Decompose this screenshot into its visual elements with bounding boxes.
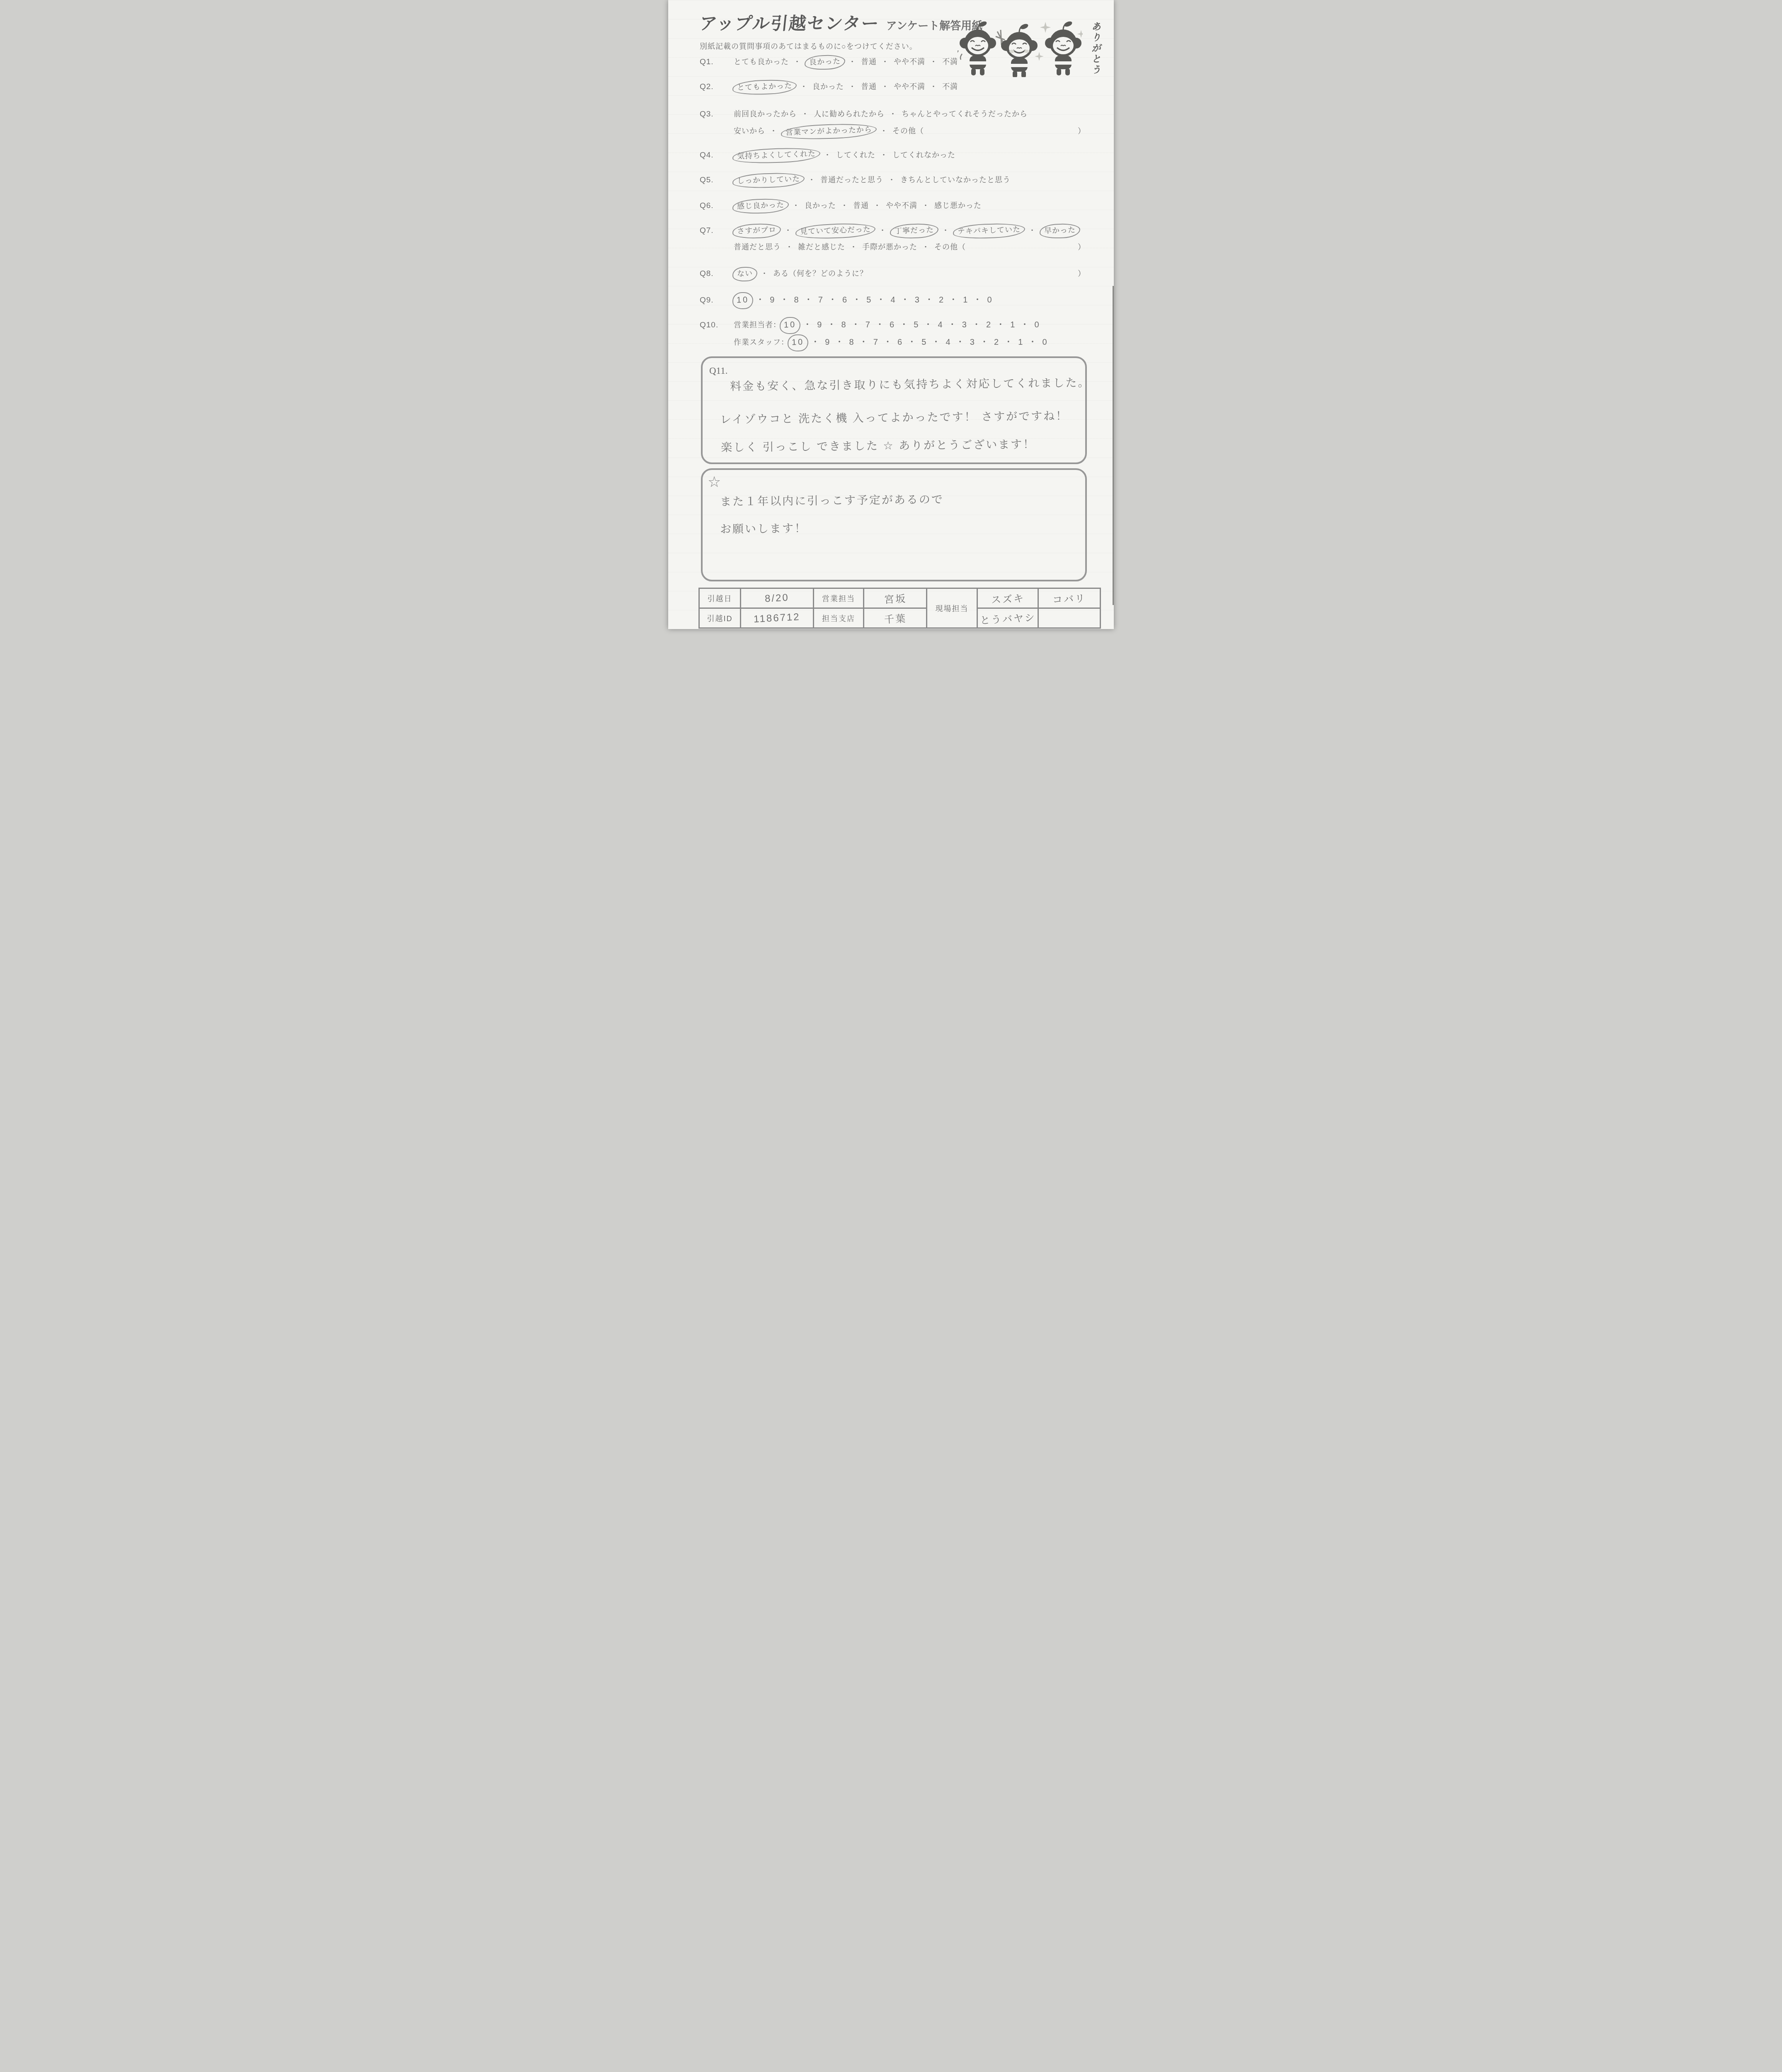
q4-label: Q4. [700, 150, 734, 160]
moveday-value-cell: 8/20 [741, 588, 814, 608]
separator-dot: ・ [942, 226, 950, 235]
q8-close-paren: ） [1078, 269, 1086, 278]
question-q2: Q2.とてもよかった・良かった・普通・やや不満・不満 [700, 82, 1097, 92]
q2-label: Q2. [700, 82, 734, 92]
q9-scale-numbers: ・ 9 ・ 8 ・ 7 ・ 6 ・ 5 ・ 4 ・ 3 ・ 2 ・ 1 ・ 0 [752, 295, 993, 305]
separator-dot: ・ [808, 176, 816, 184]
q3-option-1: 前回良かったから [734, 110, 797, 118]
separator-dot: ・ [880, 127, 888, 135]
q6-option-1-circled: 感じ良かった [732, 198, 789, 214]
question-q4: Q4.気持ちよくしてくれた・してくれた・してくれなかった [700, 150, 1097, 161]
question-q8: Q8.ない・ある（何を？どのように？） [700, 269, 1097, 279]
q4-option-2: してくれた [836, 151, 875, 159]
separator-dot: ・ [849, 82, 856, 91]
question-q7-line1: Q7.さすがプロ・見ていて安心だった・丁寧だった・テキパキしていた・早かった [700, 226, 1097, 236]
q3-close-paren: ） [1078, 126, 1086, 136]
separator-dot: ・ [881, 82, 889, 91]
q1-option-5: 不満 [942, 58, 958, 66]
question-q10-sales-row: Q10.営業担当者：10 ・ 9 ・ 8 ・ 7 ・ 6 ・ 5 ・ 4 ・ 3… [700, 319, 1097, 332]
question-q10-staff-row: 作業スタッフ：10 ・ 9 ・ 8 ・ 7 ・ 6 ・ 5 ・ 4 ・ 3 ・ … [700, 336, 1097, 349]
site-crew-value-cell-2: コバリ [1038, 588, 1101, 608]
q7-label: Q7. [700, 226, 734, 236]
q3-label: Q3. [700, 109, 734, 119]
site-crew-handwritten-value-1: スズキ [991, 590, 1025, 606]
separator-dot: ・ [850, 243, 858, 251]
separator-dot: ・ [930, 82, 938, 91]
moveday-label-cell: 引越日 [699, 588, 741, 608]
q10-sales-score-10-circled: 10 [779, 317, 801, 334]
q10-label: Q10. [700, 320, 734, 330]
separator-dot: ・ [879, 226, 887, 235]
q3-option-4: 安いから [734, 127, 765, 135]
q7-option-7: 雑だと感じた [798, 243, 845, 251]
separator-dot: ・ [792, 201, 800, 210]
note-handwritten-line-2: お願いします！ [720, 519, 807, 536]
move-info-table: 引越日 8/20 営業担当 宮坂 現場担当 スズキ コバリ 引越ID 11867… [698, 588, 1101, 629]
q3-option-5-circled: 営業マンがよかったから [781, 123, 877, 140]
branch-label-cell: 担当支店 [814, 608, 864, 628]
q4-option-3: してくれなかった [892, 151, 955, 159]
q6-option-3: 普通 [853, 201, 869, 210]
table-row-2: 引越ID 1186712 担当支店 千葉 とうバヤシ [699, 608, 1101, 628]
q6-option-5: 感じ悪かった [934, 201, 982, 210]
separator-dot: ・ [1028, 226, 1036, 235]
q11-handwritten-line-2: レイゾウコと 洗たく機 入ってよかったです！ さすがですね！ [720, 407, 1069, 427]
separator-dot: ・ [770, 127, 778, 135]
q9-score-10-circled: 10 [732, 292, 754, 310]
q7-option-4-circled: テキパキしていた [953, 223, 1025, 240]
q11-handwritten-line-3: 楽しく 引っこし できました ☆ ありがとうございます！ [721, 435, 1036, 455]
thanks-vertical-caption: ありがとう [1089, 22, 1103, 75]
q7-option-2-circled: 見ていて安心だった [795, 223, 875, 240]
move-id-handwritten-value: 1186712 [754, 611, 801, 625]
separator-dot: ・ [881, 58, 889, 66]
question-q9: Q9.10 ・ 9 ・ 8 ・ 7 ・ 6 ・ 5 ・ 4 ・ 3 ・ 2 ・ … [700, 294, 1097, 307]
site-crew-handwritten-value-3: とうバヤシ [979, 609, 1036, 627]
sales-rep-value-cell: 宮坂 [864, 588, 927, 608]
q3-option-2: 人に勧められたから [814, 110, 885, 118]
question-q5: Q5.しっかりしていた・普通だったと思う・きちんとしていなかったと思う [700, 175, 1097, 186]
q9-label: Q9. [700, 295, 734, 305]
site-crew-label-cell: 現場担当 [927, 588, 977, 628]
q5-label: Q5. [700, 175, 734, 185]
separator-dot: ・ [841, 201, 849, 210]
table-row-1: 引越日 8/20 営業担当 宮坂 現場担当 スズキ コバリ [699, 588, 1101, 608]
q7-option-5-circled: 早かった [1039, 223, 1080, 239]
q3-option-6-other: その他（ [892, 127, 924, 135]
site-crew-value-cell-4 [1038, 608, 1101, 628]
q7-option-6: 普通だと思う [734, 243, 781, 251]
q7-option-3-circled: 丁寧だった [890, 223, 938, 239]
branch-handwritten-value: 千葉 [884, 610, 907, 626]
scan-edge-artifact [1113, 286, 1114, 605]
followup-note-box: ☆ また１年以内に引っこす予定があるので お願いします！ [701, 468, 1087, 581]
separator-dot: ・ [922, 201, 930, 210]
separator-dot: ・ [824, 151, 832, 159]
note-handwritten-line-1: また１年以内に引っこす予定があるので [720, 490, 944, 509]
question-q3-line2: 安いから・営業マンがよかったから・その他（） [700, 126, 1097, 137]
site-crew-value-cell-3: とうバヤシ [977, 608, 1038, 628]
q2-option-1-circled: とてもよかった [732, 79, 797, 95]
q8-option-1-circled: ない [732, 266, 757, 282]
site-crew-handwritten-value-2: コバリ [1052, 590, 1086, 606]
form-header: アップル引越センターアンケート解答用紙 別紙記載の質問事項のあてはまるものに○を… [700, 10, 982, 51]
q10-staff-scale-numbers: ・ 9 ・ 8 ・ 7 ・ 6 ・ 5 ・ 4 ・ 3 ・ 2 ・ 1 ・ 0 [807, 338, 1048, 347]
q7-option-1-circled: さすがプロ [732, 223, 781, 239]
q10-staff-label: 作業スタッフ [734, 338, 781, 346]
q5-option-2: 普通だったと思う [820, 176, 883, 184]
separator-dot: ・ [930, 58, 938, 66]
q2-option-3: 普通 [861, 82, 877, 91]
q5-option-1-circled: しっかりしていた [732, 172, 805, 189]
separator-dot: ・ [880, 151, 888, 159]
q11-comment-box: Q11. 料金も安く、急な引き取りにも気持ちよく対応してくれました。 レイゾウコ… [701, 356, 1087, 464]
q5-option-3: きちんとしていなかったと思う [900, 176, 1011, 184]
sales-rep-handwritten-value: 宮坂 [884, 591, 907, 606]
q3-option-3: ちゃんとやってくれそうだったから [902, 110, 1028, 118]
q7-option-9-other: その他（ [934, 243, 966, 251]
q10-staff-score-10-circled: 10 [787, 334, 809, 352]
question-q7-line2: 普通だと思う・雑だと感じた・手際が悪かった・その他（） [700, 242, 1097, 252]
question-q3-line1: Q3.前回良かったから・人に勧められたから・ちゃんとやってくれそうだったから [700, 109, 1097, 119]
q1-label: Q1. [700, 57, 734, 67]
q11-label: Q11. [709, 366, 728, 376]
separator-dot: ・ [793, 58, 801, 66]
q1-option-4: やや不満 [894, 58, 925, 66]
survey-answer-sheet: アップル引越センターアンケート解答用紙 別紙記載の質問事項のあてはまるものに○を… [668, 0, 1114, 629]
separator-dot: ・ [761, 269, 769, 278]
separator-dot: ・ [786, 243, 793, 251]
separator-dot: ・ [922, 243, 930, 251]
star-marker: ☆ [708, 473, 721, 491]
q6-label: Q6. [700, 201, 734, 211]
q7-close-paren: ） [1078, 242, 1086, 252]
mascot-monkeys: ありがとう [958, 18, 1103, 77]
q4-option-1-circled: 気持ちよくしてくれた [732, 147, 820, 164]
site-crew-value-cell-1: スズキ [977, 588, 1038, 608]
separator-dot: ・ [801, 110, 809, 118]
monkey-mascots-illustration [958, 18, 1083, 77]
branch-value-cell: 千葉 [864, 608, 927, 628]
moveday-handwritten-value: 8/20 [764, 592, 789, 605]
separator-dot: ・ [800, 82, 808, 91]
q2-option-5: 不満 [942, 82, 958, 91]
question-q1: Q1.とても良かった・良かった・普通・やや不満・不満 [700, 57, 1097, 68]
sales-rep-label-cell: 営業担当 [814, 588, 864, 608]
separator-dot: ・ [784, 226, 792, 235]
form-instruction: 別紙記載の質問事項のあてはまるものに○をつけてください。 [700, 41, 982, 51]
separator-dot: ・ [849, 58, 856, 66]
q1-option-2-circled: 良かった [804, 54, 845, 70]
separator-dot: ・ [889, 110, 897, 118]
q7-option-8: 手際が悪かった [862, 243, 917, 251]
q2-option-4: やや不満 [894, 82, 925, 91]
q6-option-2: 良かった [805, 201, 836, 210]
move-id-label-cell: 引越ID [699, 608, 741, 628]
q1-option-3: 普通 [861, 58, 877, 66]
q10-sales-label: 営業担当者 [734, 321, 773, 329]
separator-dot: ・ [873, 201, 881, 210]
q6-option-4: やや不満 [886, 201, 917, 210]
q8-label: Q8. [700, 269, 734, 279]
q1-option-1: とても良かった [734, 58, 789, 66]
company-logo-text: アップル引越センター [698, 10, 881, 35]
q11-handwritten-line-1: 料金も安く、急な引き取りにも気持ちよく対応してくれました。 [730, 373, 1091, 393]
q8-option-2: ある（何を？どのように？ [773, 269, 868, 278]
q10-sales-scale-numbers: ・ 9 ・ 8 ・ 7 ・ 6 ・ 5 ・ 4 ・ 3 ・ 2 ・ 1 ・ 0 [799, 320, 1040, 329]
move-id-value-cell: 1186712 [741, 608, 814, 628]
separator-dot: ・ [888, 176, 896, 184]
q2-option-2: 良かった [812, 82, 844, 91]
question-q6: Q6.感じ良かった・良かった・普通・やや不満・感じ悪かった [700, 201, 1097, 211]
